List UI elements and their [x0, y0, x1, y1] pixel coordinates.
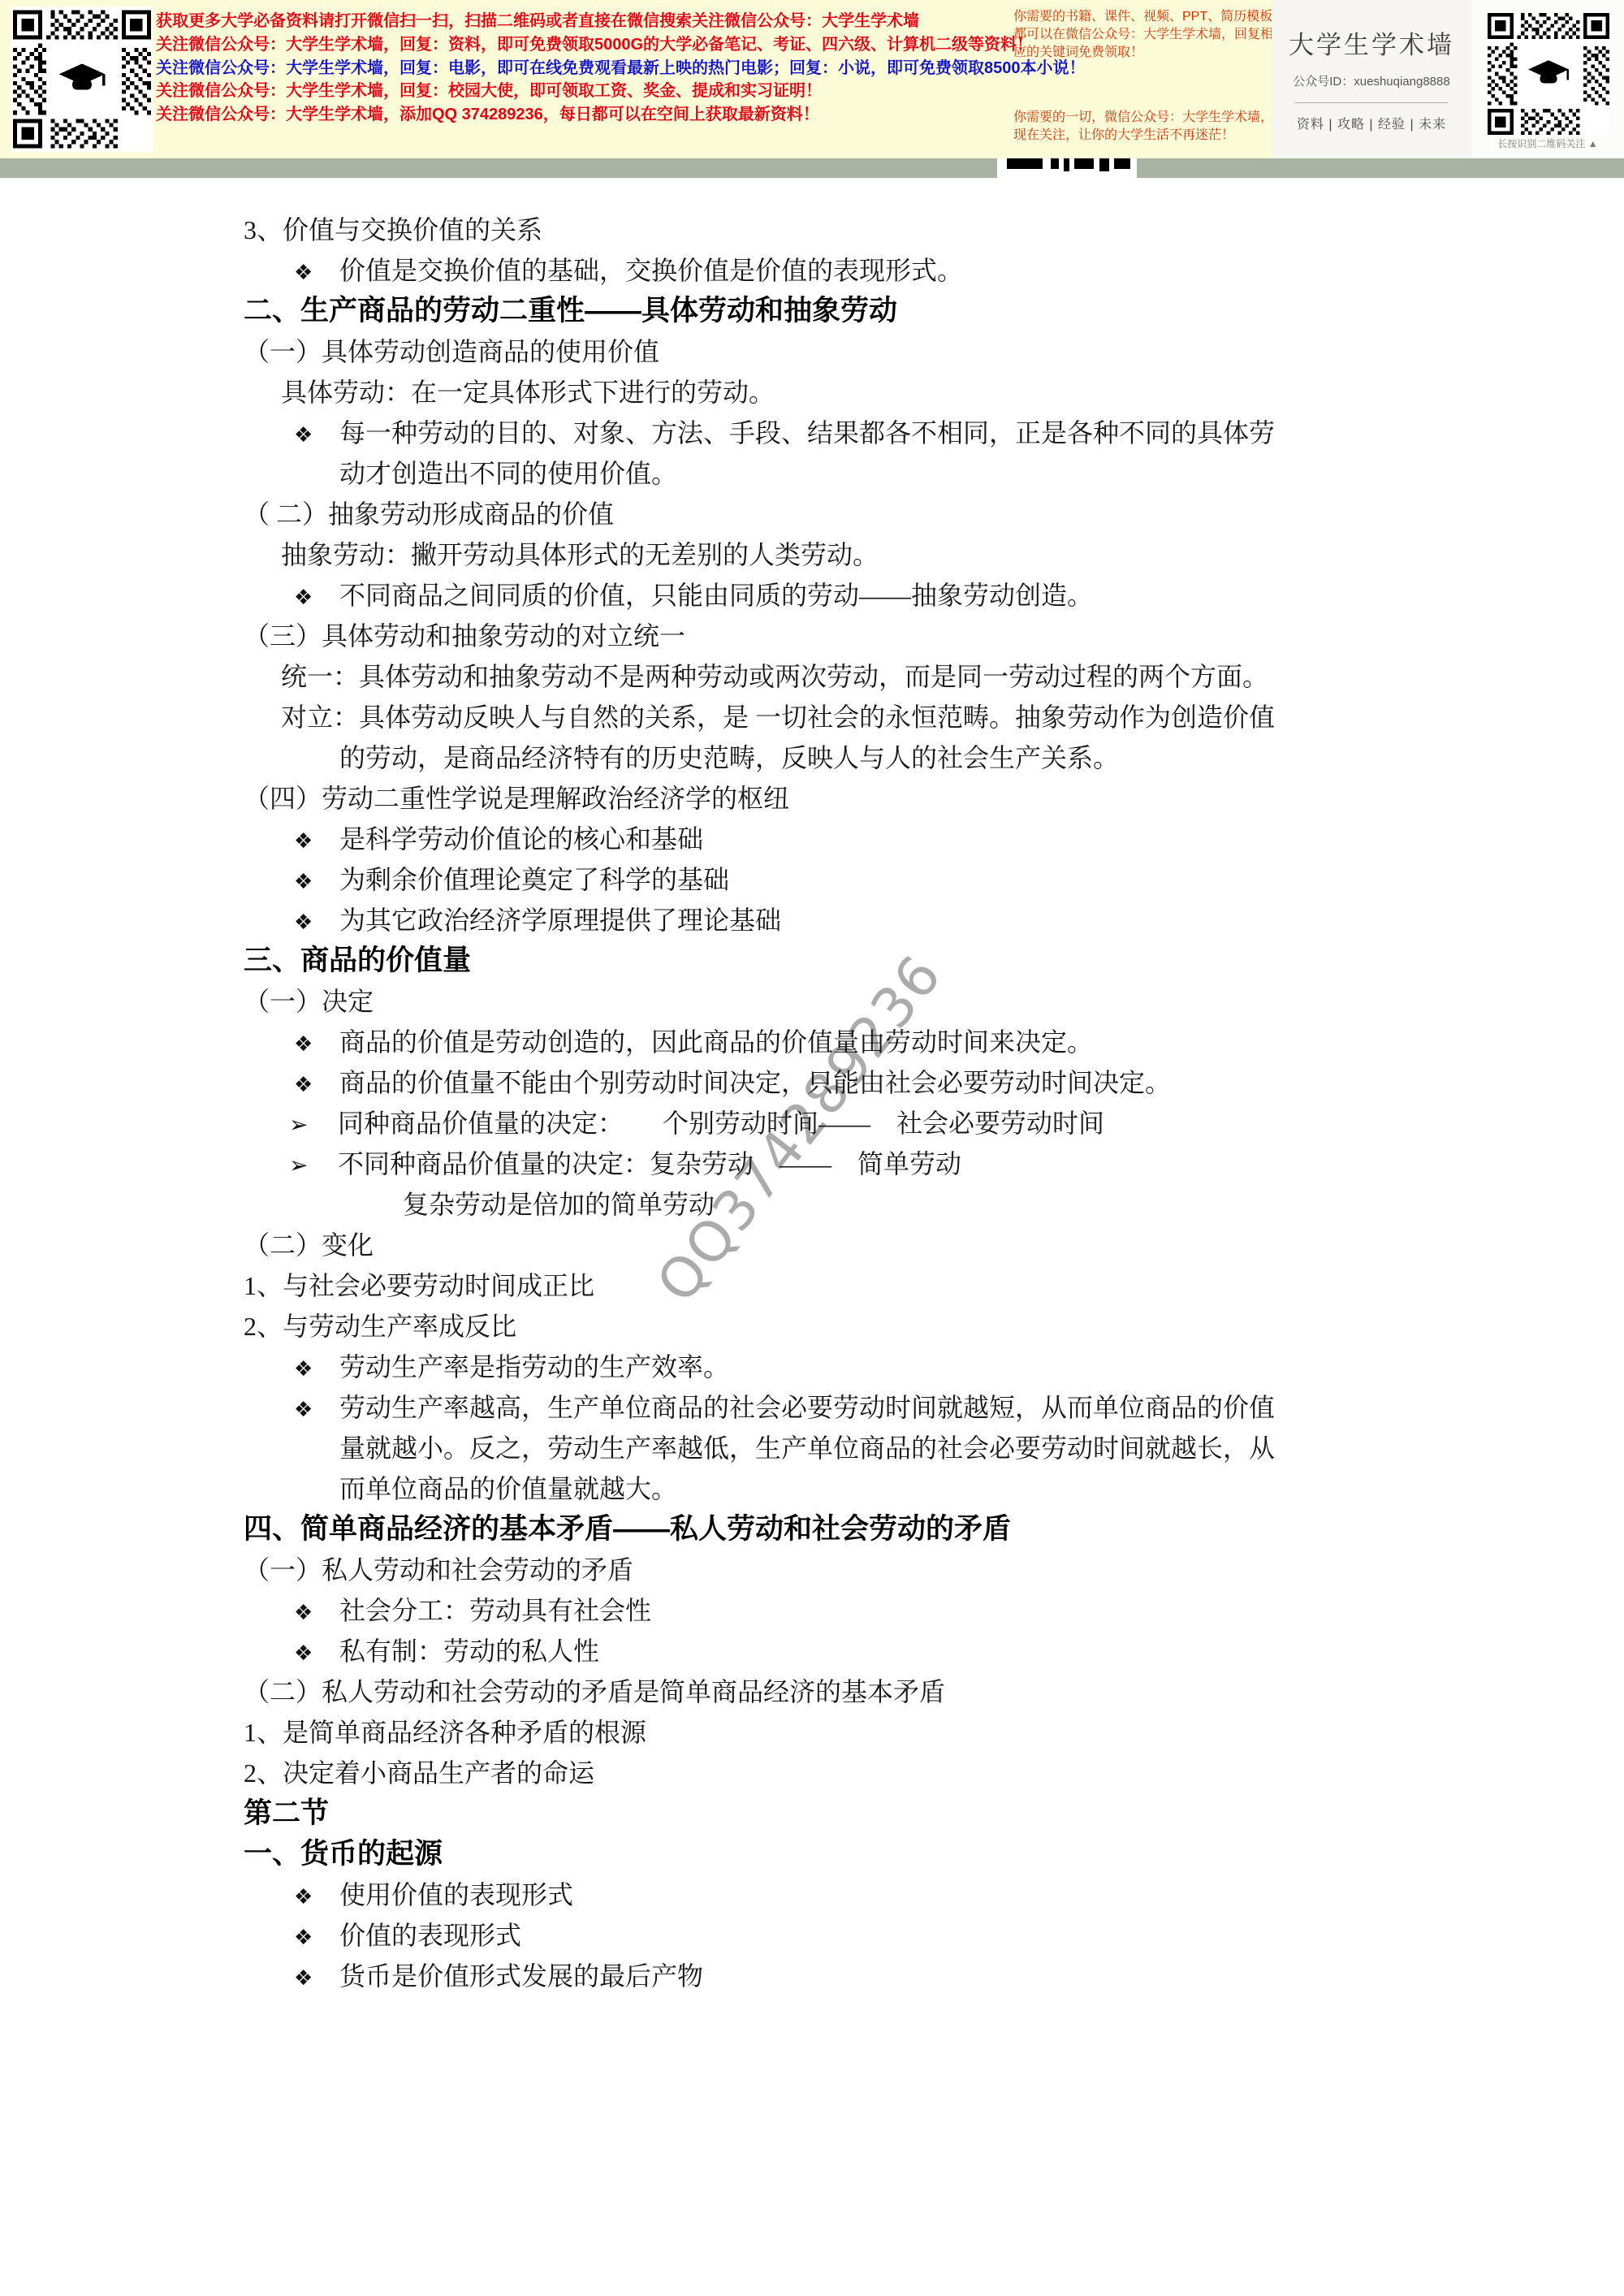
- diamond-bullet-icon: ❖: [294, 862, 339, 902]
- doc-line-text: 价值是交换价值的基础，交换价值是价值的表现形式。: [339, 256, 963, 285]
- doc-line-text: 不同种商品价值量的决定：复杂劳动 —— 简单劳动: [338, 1149, 961, 1178]
- note-line: 你需要的一切，微信公众号：大学生学术墙，都有！: [1013, 109, 1281, 127]
- arrow-bullet-icon: ➢: [289, 1105, 338, 1145]
- qr-code-right: [1488, 13, 1609, 135]
- promo-line: 关注微信公众号：大学生学术墙，回复：资料，即可免费领取5000G的大学必备笔记、…: [156, 33, 1049, 57]
- doc-line: ➢同种商品价值量的决定： 个别劳动时间—— 社会必要劳动时间: [0, 1103, 1624, 1144]
- note-line: 你需要的书籍、课件、视频、PPT、简历模板: [1013, 8, 1281, 26]
- doc-line-text: 是科学劳动价值论的核心和基础: [339, 824, 703, 854]
- note-line: 现在关注，让你的大学生活不再迷茫！: [1013, 127, 1281, 145]
- doc-line: ❖不同商品之间同质的价值，只能由同质的劳动——抽象劳动创造。: [0, 575, 1624, 616]
- diamond-bullet-icon: ❖: [294, 821, 339, 862]
- doc-line: ❖为剩余价值理论奠定了科学的基础: [0, 859, 1624, 900]
- doc-line: ❖是科学劳动价值论的核心和基础: [0, 819, 1624, 859]
- promo-line: 获取更多大学必备资料请打开微信扫一扫，扫描二维码或者直接在微信搜索关注微信公众号…: [156, 10, 1049, 33]
- promo-line: 关注微信公众号：大学生学术墙，回复：校园大使，即可领取工资、奖金、提成和实习证明…: [156, 80, 1049, 103]
- diamond-bullet-icon: ❖: [294, 415, 339, 456]
- diamond-bullet-icon: ❖: [294, 253, 339, 293]
- doc-heading: 四、简单商品经济的基本矛盾——私人劳动和社会劳动的矛盾: [0, 1509, 1624, 1550]
- doc-line: 2、决定着小商品生产者的命运: [0, 1753, 1624, 1793]
- doc-line: ❖私有制：劳动的私人性: [0, 1631, 1624, 1671]
- qr-code-left-image: [13, 8, 151, 150]
- doc-line-text: 为剩余价值理论奠定了科学的基础: [339, 865, 729, 894]
- screenshot-root: 获取更多大学必备资料请打开微信扫一扫，扫描二维码或者直接在微信搜索关注微信公众号…: [0, 0, 1624, 2296]
- qr-code-right-area: 长按识别二维码关注 ▲: [1471, 0, 1624, 158]
- doc-line: （二）变化: [0, 1225, 1624, 1265]
- diamond-bullet-icon: ❖: [294, 1918, 339, 1958]
- diamond-bullet-icon: ❖: [294, 1633, 339, 1674]
- diamond-bullet-icon: ❖: [294, 1390, 339, 1430]
- doc-heading: 第二节: [0, 1793, 1624, 1834]
- doc-line: （三）具体劳动和抽象劳动的对立统一: [0, 616, 1624, 656]
- arrow-bullet-icon: ➢: [289, 1145, 338, 1186]
- doc-line: 1、是简单商品经济各种矛盾的根源: [0, 1712, 1624, 1753]
- brand-card: 大学生学术墙 公众号ID：xueshuqiang8888 资料 | 攻略 | 经…: [1272, 0, 1471, 158]
- brand-account-id: 公众号ID：xueshuqiang8888: [1272, 72, 1471, 89]
- doc-heading: 二、生产商品的劳动二重性——具体劳动和抽象劳动: [0, 291, 1624, 331]
- doc-line: ❖为其它政治经济学原理提供了理论基础: [0, 900, 1624, 940]
- promo-line: 关注微信公众号：大学生学术墙，添加QQ 374289236，每日都可以在空间上获…: [156, 103, 1049, 127]
- doc-line: ❖每一种劳动的目的、对象、方法、手段、结果都各不相同，正是各种不同的具体劳: [0, 413, 1624, 453]
- cutoff-glyph-fragment: [1051, 158, 1059, 169]
- doc-line-text: 每一种劳动的目的、对象、方法、手段、结果都各不相同，正是各种不同的具体劳: [339, 418, 1275, 448]
- promo-banner: 获取更多大学必备资料请打开微信扫一扫，扫描二维码或者直接在微信搜索关注微信公众号…: [0, 0, 1624, 158]
- doc-line-text: 货币是价值形式发展的最后产物: [339, 1961, 703, 1991]
- doc-line: （四）劳动二重性学说是理解政治经济学的枢纽: [0, 778, 1624, 819]
- doc-line-text: 不同商品之间同质的价值，只能由同质的劳动——抽象劳动创造。: [339, 581, 1093, 610]
- doc-line: （ 二）抽象劳动形成商品的价值: [0, 494, 1624, 534]
- doc-line: 统一：具体劳动和抽象劳动不是两种劳动或两次劳动，而是同一劳动过程的两个方面。: [0, 656, 1624, 697]
- doc-line: （一）具体劳动创造商品的使用价值: [0, 331, 1624, 372]
- doc-heading: 三、商品的价值量: [0, 940, 1624, 981]
- diamond-bullet-icon: ❖: [294, 1024, 339, 1065]
- brand-tags: 资料 | 攻略 | 经验 | 未来: [1272, 114, 1471, 132]
- cutoff-glyph-fragment: [1007, 158, 1043, 169]
- doc-line: 2、与劳动生产率成反比: [0, 1306, 1624, 1347]
- doc-line-text: 同种商品价值量的决定： 个别劳动时间—— 社会必要劳动时间: [338, 1109, 1104, 1138]
- doc-line: ❖使用价值的表现形式: [0, 1874, 1624, 1915]
- doc-line: 具体劳动：在一定具体形式下进行的劳动。: [0, 372, 1624, 413]
- diamond-bullet-icon: ❖: [294, 1349, 339, 1390]
- doc-line: ❖劳动生产率越高，生产单位商品的社会必要劳动时间就越短，从而单位商品的价值: [0, 1387, 1624, 1428]
- promo-line: 关注微信公众号：大学生学术墙，回复：电影，即可在线免费观看最新上映的热门电影；回…: [156, 57, 1049, 80]
- doc-line-text: 社会分工：劳动具有社会性: [339, 1596, 651, 1625]
- promo-lines: 获取更多大学必备资料请打开微信扫一扫，扫描二维码或者直接在微信搜索关注微信公众号…: [156, 10, 1049, 127]
- doc-line: （二）私人劳动和社会劳动的矛盾是简单商品经济的基本矛盾: [0, 1671, 1624, 1712]
- doc-line: 抽象劳动：撇开劳动具体形式的无差别的人类劳动。: [0, 534, 1624, 575]
- qr-caption: 长按识别二维码关注 ▲: [1471, 136, 1624, 150]
- doc-line: 而单位商品的价值量就越大。: [0, 1468, 1624, 1509]
- note-line: 都可以在微信公众号：大学生学术墙，回复相: [1013, 26, 1281, 44]
- doc-line: 动才创造出不同的使用价值。: [0, 453, 1624, 494]
- diamond-bullet-icon: ❖: [294, 902, 339, 943]
- doc-line: （一）决定: [0, 981, 1624, 1022]
- doc-line: ❖货币是价值形式发展的最后产物: [0, 1956, 1624, 1996]
- diamond-bullet-icon: ❖: [294, 1958, 339, 1999]
- divider: [1294, 102, 1449, 103]
- cutoff-glyph-fragment: [1114, 158, 1130, 169]
- middle-notes: 你需要的书籍、课件、视频、PPT、简历模板都可以在微信公众号：大学生学术墙，回复…: [1013, 8, 1281, 145]
- doc-heading: 一、货币的起源: [0, 1834, 1624, 1874]
- doc-line: 3、价值与交换价值的关系: [0, 210, 1624, 250]
- doc-line: ❖社会分工：劳动具有社会性: [0, 1590, 1624, 1631]
- doc-line: 的劳动，是商品经济特有的历史范畴，反映人与人的社会生产关系。: [0, 737, 1624, 778]
- doc-line-text: 价值的表现形式: [339, 1921, 521, 1950]
- doc-line: 量就越小。反之，劳动生产率越低，生产单位商品的社会必要劳动时间就越长，从: [0, 1428, 1624, 1468]
- diamond-bullet-icon: ❖: [294, 1593, 339, 1633]
- diamond-bullet-icon: ❖: [294, 1065, 339, 1105]
- diamond-bullet-icon: ❖: [294, 1877, 339, 1918]
- cutoff-glyph-fragment: [1074, 158, 1094, 169]
- doc-line-text: 私有制：劳动的私人性: [339, 1637, 599, 1666]
- cutoff-logo-notch: [997, 158, 1137, 178]
- doc-line: ❖劳动生产率是指劳动的生产效率。: [0, 1347, 1624, 1387]
- doc-line: 对立：具体劳动反映人与自然的关系，是 一切社会的永恒范畴。抽象劳动作为创造价值: [0, 697, 1624, 737]
- brand-title: 大学生学术墙: [1272, 24, 1471, 61]
- diamond-bullet-icon: ❖: [294, 577, 339, 618]
- doc-line: ❖价值的表现形式: [0, 1915, 1624, 1956]
- middle-note-bottom: 你需要的一切，微信公众号：大学生学术墙，都有！现在关注，让你的大学生活不再迷茫！: [1013, 109, 1281, 145]
- background-strip: [0, 158, 1624, 178]
- doc-line: ❖商品的价值是劳动创造的，因此商品的价值量由劳动时间来决定。: [0, 1022, 1624, 1062]
- document-page: QQ374289236 3、价值与交换价值的关系❖价值是交换价值的基础，交换价值…: [0, 178, 1624, 2296]
- doc-line-text: 商品的价值量不能由个别劳动时间决定，只能由社会必要劳动时间决定。: [339, 1068, 1171, 1097]
- doc-line: 1、与社会必要劳动时间成正比: [0, 1265, 1624, 1306]
- middle-note-top: 你需要的书籍、课件、视频、PPT、简历模板都可以在微信公众号：大学生学术墙，回复…: [1013, 8, 1281, 62]
- doc-line-text: 使用价值的表现形式: [339, 1880, 573, 1909]
- cutoff-glyph-fragment: [1099, 158, 1109, 171]
- doc-line: ❖商品的价值量不能由个别劳动时间决定，只能由社会必要劳动时间决定。: [0, 1062, 1624, 1103]
- cutoff-glyph-fragment: [1064, 158, 1069, 171]
- doc-line: （一）私人劳动和社会劳动的矛盾: [0, 1550, 1624, 1590]
- doc-line-text: 商品的价值是劳动创造的，因此商品的价值量由劳动时间来决定。: [339, 1027, 1093, 1057]
- doc-line: ➢不同种商品价值量的决定：复杂劳动 —— 简单劳动: [0, 1144, 1624, 1184]
- doc-line: 复杂劳动是倍加的简单劳动: [0, 1184, 1624, 1225]
- document-lines: 3、价值与交换价值的关系❖价值是交换价值的基础，交换价值是价值的表现形式。二、生…: [0, 210, 1624, 1996]
- doc-line-text: 劳动生产率越高，生产单位商品的社会必要劳动时间就越短，从而单位商品的价值: [339, 1393, 1275, 1422]
- doc-line: ❖价值是交换价值的基础，交换价值是价值的表现形式。: [0, 250, 1624, 291]
- doc-line-text: 为其它政治经济学原理提供了理论基础: [339, 906, 781, 935]
- qr-code-right-image: [1488, 13, 1609, 135]
- qr-code-left: [11, 6, 153, 152]
- note-line: 应的关键词免费领取！: [1013, 44, 1281, 62]
- doc-line-text: 劳动生产率是指劳动的生产效率。: [339, 1352, 729, 1381]
